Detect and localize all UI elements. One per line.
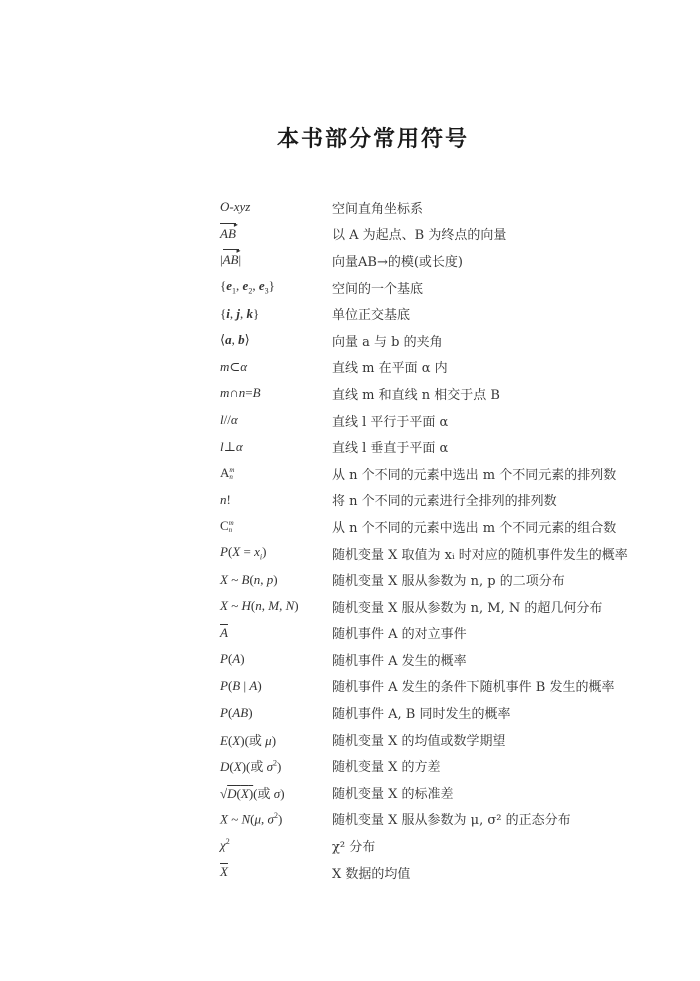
- symbol: A: [220, 625, 332, 641]
- symbol-row: ⟨a, b⟩ 向量 a 与 b 的夹角: [220, 327, 628, 354]
- symbol-row: l⊥α 直线 l 垂直于平面 α: [220, 433, 628, 460]
- symbol-description: 随机变量 X 的标准差: [332, 783, 454, 802]
- symbol: P(A): [220, 651, 332, 667]
- symbol-description: 从 n 个不同的元素中选出 m 个不同元素的排列数: [332, 464, 616, 483]
- symbol: X ~ N(μ, σ2): [220, 811, 332, 827]
- symbol: P(AB): [220, 705, 332, 721]
- symbol: X ~ B(n, p): [220, 572, 332, 588]
- symbol-row: √D(X)(或 σ) 随机变量 X 的标准差: [220, 779, 628, 806]
- symbol: D(X)(或 σ2): [220, 756, 332, 775]
- symbol-row: Amn 从 n 个不同的元素中选出 m 个不同元素的排列数: [220, 460, 628, 487]
- symbol: O-xyz: [220, 199, 332, 215]
- symbol-row: |AB▸| 向量AB→的模(或长度): [220, 247, 628, 274]
- symbol-description: 空间直角坐标系: [332, 198, 423, 217]
- symbol-description: 直线 l 平行于平面 α: [332, 411, 448, 430]
- symbol-description: 以 A 为起点、B 为终点的向量: [332, 224, 506, 243]
- symbol: |AB▸|: [220, 252, 332, 268]
- symbol-description: 随机变量 X 的方差: [332, 756, 441, 775]
- symbol: X: [220, 864, 332, 880]
- symbol-row: AB▸ 以 A 为起点、B 为终点的向量: [220, 221, 628, 248]
- symbol-description: 随机事件 A 的对立事件: [332, 623, 467, 642]
- symbol: AB▸: [220, 226, 332, 242]
- symbol-description: 向量 a 与 b 的夹角: [332, 331, 443, 350]
- symbol-description: 随机变量 X 的均值或数学期望: [332, 730, 506, 749]
- symbol: {i, j, k}: [220, 306, 332, 322]
- symbol: Cmn: [220, 518, 332, 534]
- symbol-row: P(A) 随机事件 A 发生的概率: [220, 646, 628, 673]
- symbol-row: X ~ B(n, p) 随机变量 X 服从参数为 n, p 的二项分布: [220, 566, 628, 593]
- symbol: {e1, e2, e3}: [220, 278, 332, 296]
- symbol: n!: [220, 492, 332, 508]
- symbol-row: X ~ N(μ, σ2) 随机变量 X 服从参数为 μ, σ² 的正态分布: [220, 806, 628, 833]
- symbol: m∩n=B: [220, 385, 332, 401]
- symbol-description: 从 n 个不同的元素中选出 m 个不同元素的组合数: [332, 517, 616, 536]
- symbol-row: m∩n=B 直线 m 和直线 n 相交于点 B: [220, 380, 628, 407]
- page-title: 本书部分常用符号: [0, 122, 700, 153]
- symbol-table: O-xyz 空间直角坐标系 AB▸ 以 A 为起点、B 为终点的向量 |AB▸|…: [220, 194, 628, 885]
- symbol-description: 随机事件 A, B 同时发生的概率: [332, 703, 510, 722]
- symbol-row: X ~ H(n, M, N) 随机变量 X 服从参数为 n, M, N 的超几何…: [220, 593, 628, 620]
- symbol-description: 直线 m 在平面 α 内: [332, 357, 448, 376]
- symbol-row: χ2 χ² 分布: [220, 832, 628, 859]
- symbol-description: χ² 分布: [332, 836, 375, 855]
- symbol-row: E(X)(或 μ) 随机变量 X 的均值或数学期望: [220, 726, 628, 753]
- symbol-description: 直线 l 垂直于平面 α: [332, 437, 448, 456]
- symbol: χ2: [220, 837, 332, 853]
- symbol-row: {i, j, k} 单位正交基底: [220, 300, 628, 327]
- symbol-description: 将 n 个不同的元素进行全排列的排列数: [332, 490, 557, 509]
- symbol: E(X)(或 μ): [220, 730, 332, 749]
- symbol-row: m⊂α 直线 m 在平面 α 内: [220, 354, 628, 381]
- symbol-row: X X 数据的均值: [220, 859, 628, 886]
- symbol-row: O-xyz 空间直角坐标系: [220, 194, 628, 221]
- symbol-row: P(X = xi) 随机变量 X 取值为 xᵢ 时对应的随机事件发生的概率: [220, 540, 628, 567]
- symbol-row: l//α 直线 l 平行于平面 α: [220, 407, 628, 434]
- symbol: X ~ H(n, M, N): [220, 598, 332, 614]
- symbol-description: 随机变量 X 服从参数为 n, p 的二项分布: [332, 570, 565, 589]
- symbol-row: Cmn 从 n 个不同的元素中选出 m 个不同元素的组合数: [220, 513, 628, 540]
- symbol-description: 向量AB→的模(或长度): [332, 251, 463, 270]
- symbol: m⊂α: [220, 359, 332, 375]
- symbol-description: 随机事件 A 发生的概率: [332, 650, 467, 669]
- symbol-description: X 数据的均值: [332, 863, 410, 882]
- symbol-description: 随机变量 X 服从参数为 μ, σ² 的正态分布: [332, 809, 571, 828]
- symbol-description: 空间的一个基底: [332, 278, 423, 297]
- symbol-row: P(B | A) 随机事件 A 发生的条件下随机事件 B 发生的概率: [220, 673, 628, 700]
- symbol-description: 随机事件 A 发生的条件下随机事件 B 发生的概率: [332, 676, 614, 695]
- symbol-row: A 随机事件 A 的对立事件: [220, 620, 628, 647]
- symbol: l//α: [220, 412, 332, 428]
- symbol-row: P(AB) 随机事件 A, B 同时发生的概率: [220, 699, 628, 726]
- symbol: Amn: [220, 465, 332, 481]
- symbol-description: 直线 m 和直线 n 相交于点 B: [332, 384, 500, 403]
- symbol-description: 随机变量 X 服从参数为 n, M, N 的超几何分布: [332, 597, 602, 616]
- symbol-description: 单位正交基底: [332, 304, 410, 323]
- symbol: P(B | A): [220, 678, 332, 694]
- symbol: l⊥α: [220, 439, 332, 455]
- symbol-row: {e1, e2, e3} 空间的一个基底: [220, 274, 628, 301]
- symbol: √D(X)(或 σ): [220, 783, 332, 802]
- symbol-description: 随机变量 X 取值为 xᵢ 时对应的随机事件发生的概率: [332, 544, 628, 563]
- symbol-row: n! 将 n 个不同的元素进行全排列的排列数: [220, 487, 628, 514]
- symbol: P(X = xi): [220, 544, 332, 562]
- symbol: ⟨a, b⟩: [220, 332, 332, 348]
- symbol-row: D(X)(或 σ2) 随机变量 X 的方差: [220, 752, 628, 779]
